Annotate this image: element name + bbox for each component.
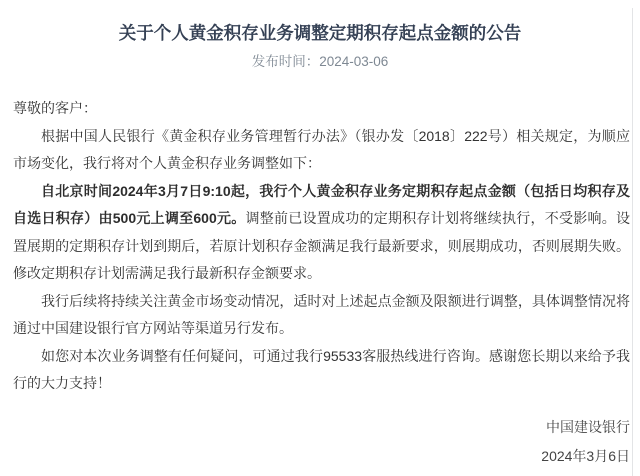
announcement-page: 关于个人黄金积存业务调整定期积存起点金额的公告 发布时间：2024-03-06 … [0,0,640,476]
page-right-border [632,8,633,476]
paragraph-hotline: 如您对本次业务调整有任何疑问，可通过我行95533客服热线进行咨询。感谢您长期以… [13,343,630,398]
paragraph-adjustment: 自北京时间2024年3月7日9:10起，我行个人黄金积存业务定期积存起点金额（包… [13,178,630,288]
announcement-body: 尊敬的客户： 根据中国人民银行《黄金积存业务管理暂行办法》（银办发〔2018〕2… [0,95,640,398]
signature-date: 2024年3月6日 [0,442,630,471]
publish-time: 发布时间：2024-03-06 [0,52,640,72]
paragraph-followup: 我行后续将持续关注黄金市场变动情况，适时对上述起点金额及限额进行调整，具体调整情… [13,288,630,343]
paragraph-hotline-text: 如您对本次业务调整有任何疑问，可通过我行95533客服热线进行咨询。感谢您长期以… [13,348,630,392]
salutation: 尊敬的客户： [13,95,630,123]
signature-block: 中国建设银行 2024年3月6日 [0,413,640,471]
signature-org: 中国建设银行 [0,413,630,442]
paragraph-regulation: 根据中国人民银行《黄金积存业务管理暂行办法》（银办发〔2018〕222号）相关规… [13,123,630,178]
page-title: 关于个人黄金积存业务调整定期积存起点金额的公告 [0,21,640,45]
paragraph-regulation-text: 根据中国人民银行《黄金积存业务管理暂行办法》（银办发〔2018〕222号）相关规… [13,128,630,172]
paragraph-followup-text: 我行后续将持续关注黄金市场变动情况，适时对上述起点金额及限额进行调整，具体调整情… [13,293,630,337]
announcement-header: 关于个人黄金积存业务调整定期积存起点金额的公告 发布时间：2024-03-06 [0,0,640,72]
